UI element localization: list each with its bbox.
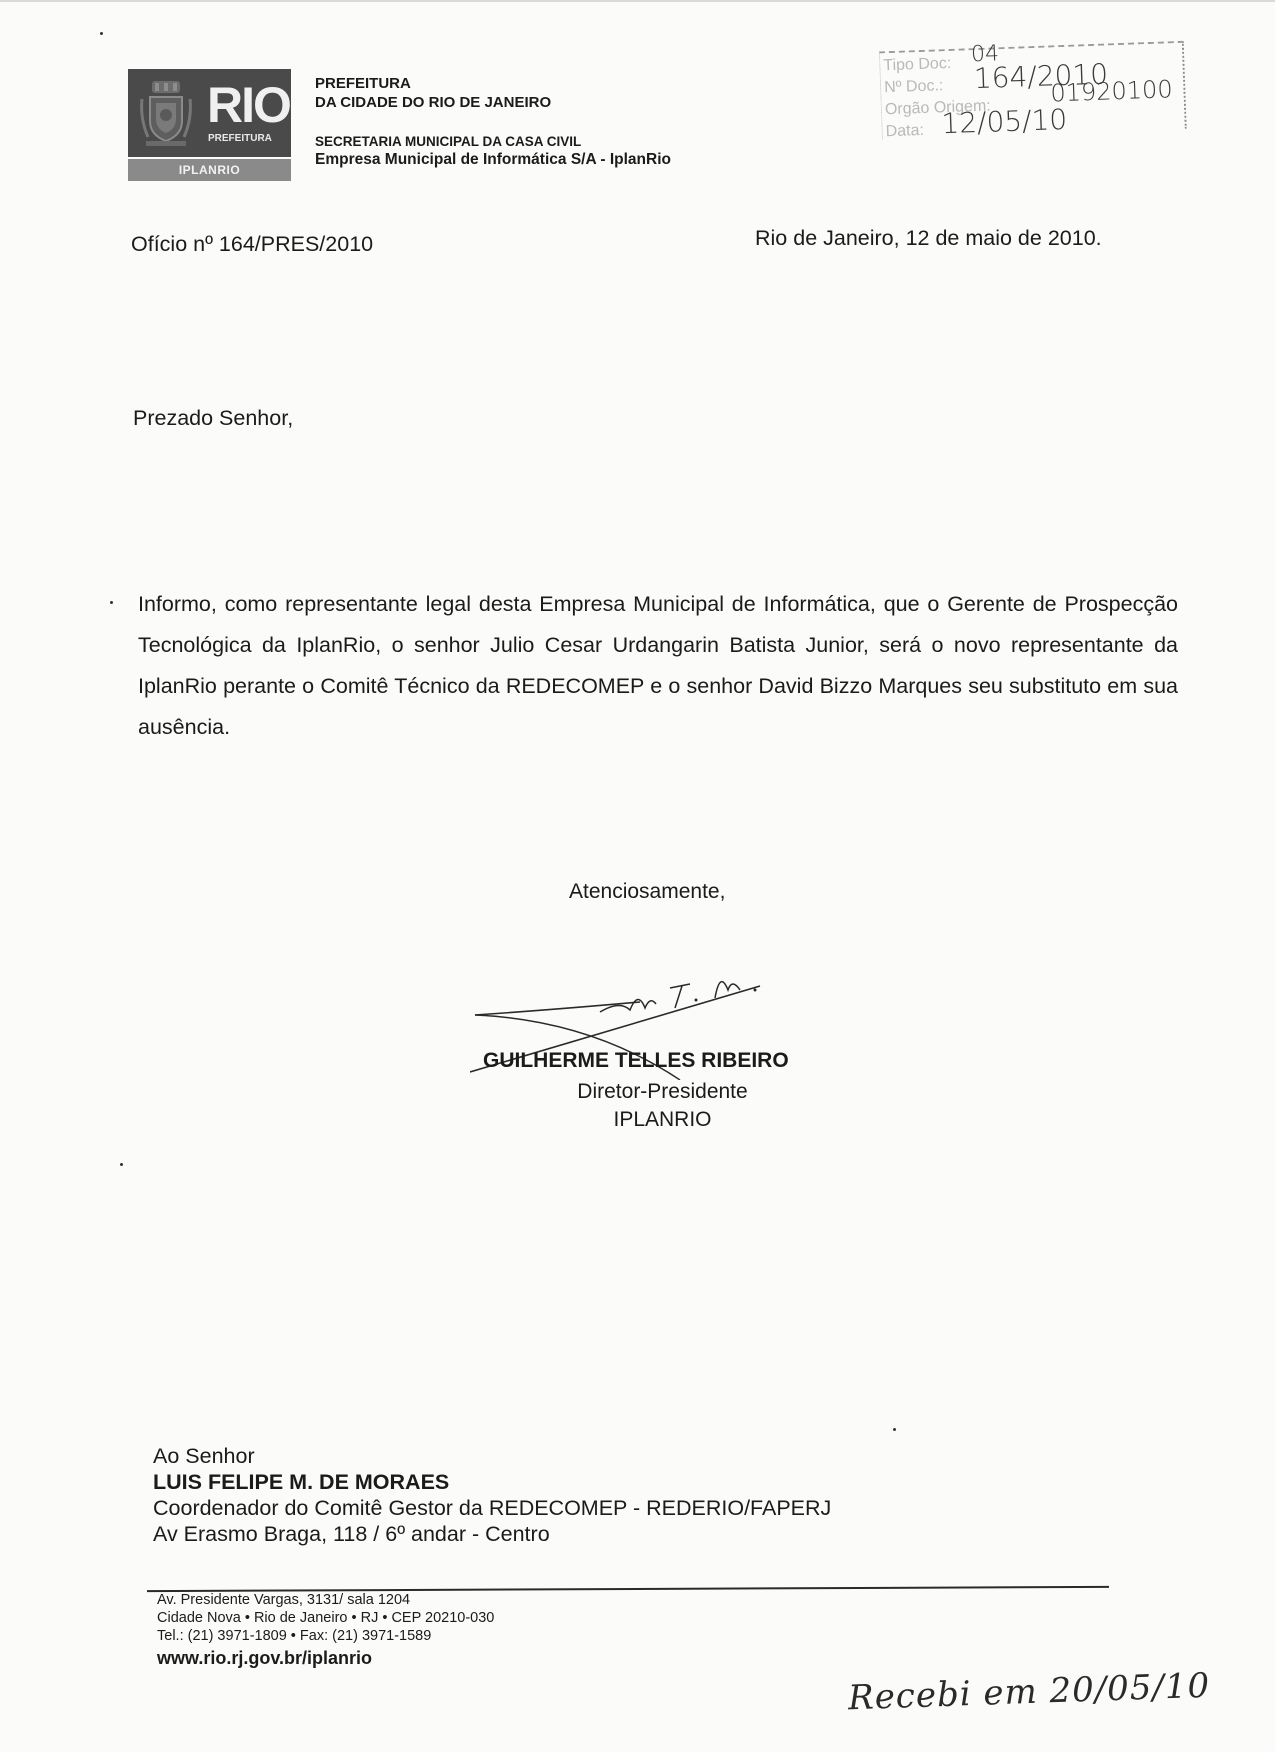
stamp-num-doc-label: Nº Doc.: (884, 77, 944, 97)
scan-speck (893, 1428, 896, 1431)
addressee-address: Av Erasmo Braga, 118 / 6º andar - Centro (153, 1522, 550, 1547)
scan-speck (110, 601, 113, 604)
signatory-organization: IPLANRIO (560, 1108, 765, 1132)
letterhead-line2: DA CIDADE DO RIO DE JANEIRO (315, 93, 551, 112)
logo-band-label: IPLANRIO (128, 159, 291, 181)
footer-address-line1: Av. Presidente Vargas, 3131/ sala 1204 (157, 1592, 410, 1608)
logo-dark-block: RIO PREFEITURA (128, 69, 291, 157)
letterhead-line1: PREFEITURA (315, 74, 551, 93)
addressee-salutation: Ao Senhor (153, 1444, 255, 1469)
body-paragraph: Informo, como representante legal desta … (138, 584, 1178, 748)
document-reference: Ofício nº 164/PRES/2010 (131, 232, 373, 257)
logo-sublabel: PREFEITURA (208, 133, 272, 144)
logo-wordmark: RIO (207, 77, 290, 133)
scan-speck (100, 32, 103, 35)
signatory-name: GUILHERME TELLES RIBEIRO (483, 1049, 789, 1073)
page-edge-line (0, 0, 1275, 2)
letterhead-org: PREFEITURA DA CIDADE DO RIO DE JANEIRO (315, 74, 551, 112)
stamp-data-value: 12/05/10 (941, 103, 1068, 140)
city-coat-of-arms-icon (138, 79, 194, 149)
closing: Atenciosamente, (569, 880, 725, 904)
place-date: Rio de Janeiro, 12 de maio de 2010. (755, 226, 1102, 251)
stamp-data-label: Data: (885, 122, 924, 141)
signatory-title: Diretor-Presidente (560, 1080, 765, 1104)
letterhead-line4: Empresa Municipal de Informática S/A - I… (315, 150, 671, 169)
scan-speck (120, 1163, 123, 1166)
rio-prefeitura-logo: RIO PREFEITURA IPLANRIO (128, 69, 291, 181)
addressee-role: Coordenador do Comitê Gestor da REDECOME… (153, 1496, 831, 1521)
handwritten-received-note: Recebi em 20/05/10 (847, 1666, 1210, 1719)
footer-address-line2: Cidade Nova • Rio de Janeiro • RJ • CEP … (157, 1610, 494, 1626)
addressee-name: LUIS FELIPE M. DE MORAES (153, 1470, 449, 1495)
stamp-tipo-doc-label: Tipo Doc: (883, 55, 951, 75)
footer-phone-line: Tel.: (21) 3971-1809 • Fax: (21) 3971-15… (157, 1628, 431, 1644)
stamp-orgao-value: 01920100 (1050, 75, 1173, 107)
letterhead-line3: SECRETARIA MUNICIPAL DA CASA CIVIL (315, 133, 581, 150)
footer-website: www.rio.rj.gov.br/iplanrio (157, 1648, 372, 1669)
protocol-stamp: Tipo Doc: 04 Nº Doc.: 164/2010 Orgão Ori… (878, 23, 1191, 139)
greeting: Prezado Senhor, (133, 406, 293, 431)
